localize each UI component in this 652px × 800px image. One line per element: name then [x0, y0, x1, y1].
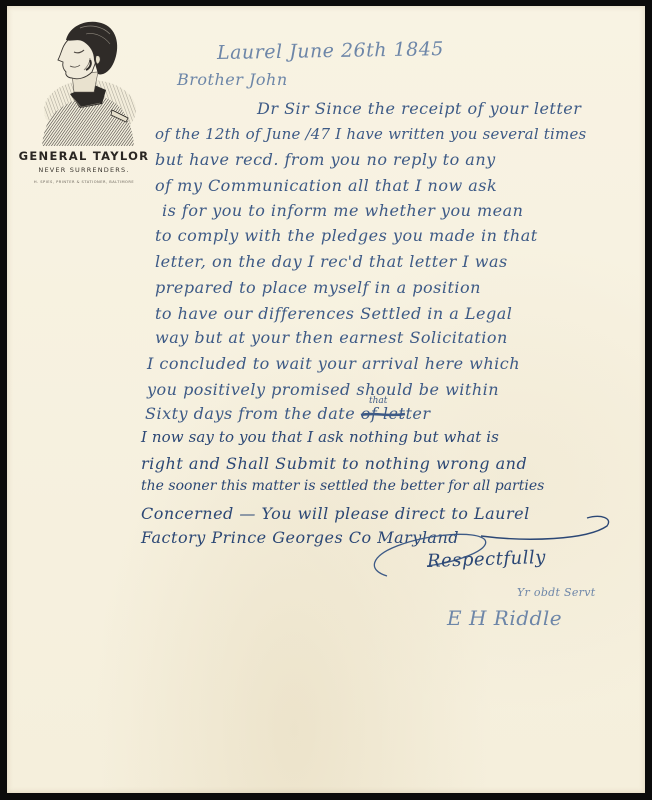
signature: E H Riddle	[447, 606, 562, 630]
dateline: Laurel June 26th 1845	[217, 38, 444, 64]
letter-line: is for you to inform me whether you mean	[162, 201, 523, 220]
general-taylor-portrait-icon	[32, 12, 136, 146]
letter-line: of my Communication all that I now ask	[155, 176, 497, 195]
letter-line: to have our differences Settled in a Leg…	[155, 304, 512, 323]
letter-line: prepared to place myself in a position	[155, 278, 481, 297]
letter-line: of the 12th of June /47 I have written y…	[155, 125, 586, 143]
letterhead: GENERAL TAYLOR NEVER SURRENDERS. H. SPIE…	[11, 12, 157, 184]
letterhead-subtitle: NEVER SURRENDERS.	[11, 166, 157, 174]
letter-line: I now say to you that I ask nothing but …	[141, 428, 499, 446]
letter-line: letter, on the day I rec'd that letter I…	[155, 252, 508, 271]
letterhead-title: GENERAL TAYLOR	[11, 149, 157, 163]
strikethrough-mark	[359, 410, 407, 420]
closing-2: Yr obdt Servt	[517, 586, 595, 599]
letter-line: I concluded to wait your arrival here wh…	[147, 354, 520, 373]
closing: Respectfully	[427, 547, 547, 572]
letter-line: right and Shall Submit to nothing wrong …	[141, 454, 527, 473]
letter-line: Dr Sir Since the receipt of your letter	[257, 99, 581, 118]
salutation: Brother John	[177, 70, 288, 89]
letterhead-printer-line: H. SPIES, PRINTER & STATIONER, BALTIMORE	[11, 180, 157, 184]
insertion-above-line: that	[369, 396, 387, 406]
letter-line: Concerned — You will please direct to La…	[141, 504, 530, 523]
letter-line: to comply with the pledges you made in t…	[155, 226, 538, 245]
letter-line: but have recd. from you no reply to any	[155, 150, 496, 169]
letter-line: you positively promised should be within	[147, 380, 499, 399]
letter-line: the sooner this matter is settled the be…	[141, 478, 544, 494]
letter-paper: GENERAL TAYLOR NEVER SURRENDERS. H. SPIE…	[7, 6, 645, 793]
letter-line: way but at your then earnest Solicitatio…	[155, 328, 508, 347]
